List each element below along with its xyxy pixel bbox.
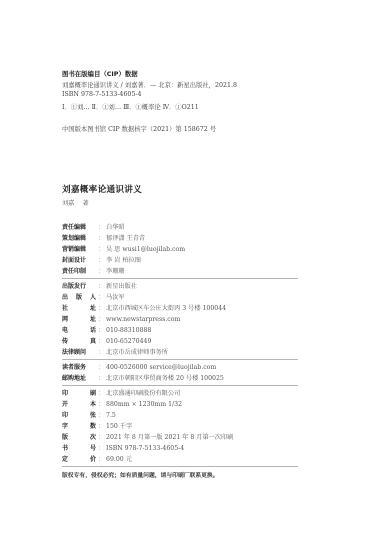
- row-label: 封面设计: [62, 256, 98, 266]
- divider: [62, 385, 298, 386]
- row-value: 010-65270449: [106, 337, 151, 347]
- publisher-row: 社址：北京市西城区车公庄大街丙 3 号楼 100044: [62, 304, 226, 314]
- row-label: 传真: [62, 337, 96, 347]
- cip-line-isbn: ISBN 978-7-5133-4605-4: [62, 91, 142, 98]
- cip-line-bibliographic: 刘嘉概率论通识讲义 / 刘嘉著．— 北京：新星出版社，2021.8: [62, 80, 237, 89]
- row-label: 开本: [62, 400, 96, 410]
- row-label: 出版人: [62, 293, 96, 303]
- copyright-page: 图书在版编目（CIP）数据 刘嘉概率论通识讲义 / 刘嘉著．— 北京：新星出版社…: [0, 0, 375, 536]
- publisher-row: 传真：010-65270449: [62, 337, 151, 347]
- printing-row: 印张：7.5: [62, 411, 116, 421]
- row-value: 北京市西城区车公庄大街丙 3 号楼 100044: [106, 304, 226, 314]
- row-value: 郁泽潇 王青青: [106, 234, 145, 244]
- reader-service-row: 邮购地址：北京市朝阳区华贸商务楼 20 号楼 100025: [62, 374, 224, 384]
- publisher-row: 出版发行：新星出版社: [62, 282, 137, 292]
- editorial-row: 封面设计：李 岩 柏拉图: [62, 256, 141, 266]
- printing-row: 开本：880mm × 1230mm 1/32: [62, 400, 182, 410]
- row-value: 69.00 元: [106, 455, 132, 465]
- row-value: 北京盛通印刷股份有限公司: [106, 389, 180, 399]
- copyright-notice: 版权专有，侵权必究；如有质量问题，请与印刷厂联系更换。: [62, 470, 219, 479]
- divider: [62, 278, 298, 279]
- cip-title: 图书在版编目（CIP）数据: [62, 69, 138, 78]
- divider: [62, 359, 298, 360]
- editorial-row: 责任编辑：白华昭: [62, 223, 125, 233]
- row-label: 定价: [62, 455, 96, 465]
- row-label: 责任编辑: [62, 223, 98, 233]
- row-label: 版次: [62, 433, 96, 443]
- editorial-row: 营销编辑：吴 思 wusi1@luojilab.com: [62, 245, 185, 255]
- row-value: 北京市岳成律师事务所: [106, 348, 168, 358]
- row-label: 印张: [62, 411, 96, 421]
- editorial-row: 责任印制：李珊珊: [62, 267, 125, 277]
- divider: [62, 466, 298, 467]
- row-value: 880mm × 1230mm 1/32: [106, 400, 182, 410]
- row-label: 读者服务: [62, 363, 98, 373]
- row-label: 出版发行: [62, 282, 98, 292]
- row-value: 北京市朝阳区华贸商务楼 20 号楼 100025: [106, 374, 224, 384]
- row-label: 电话: [62, 326, 96, 336]
- row-label: 法律顾问: [62, 348, 98, 358]
- row-value: 白华昭: [106, 223, 125, 233]
- row-value: 马汝军: [106, 293, 125, 303]
- printing-row: 版次：2021 年 8 月第一版 2021 年 8 月第一次印刷: [62, 433, 233, 443]
- row-value: www.newstarpress.com: [106, 315, 180, 325]
- row-value: 7.5: [106, 411, 116, 421]
- row-label: 责任印制: [62, 267, 98, 277]
- row-value: ISBN 978-7-5133-4605-4: [106, 444, 184, 454]
- row-value: 150 千字: [106, 422, 132, 432]
- row-value: 吴 思 wusi1@luojilab.com: [106, 245, 185, 255]
- row-label: 书号: [62, 444, 96, 454]
- row-value: 新星出版社: [106, 282, 137, 292]
- cip-catalog-number: 中国版本图书馆 CIP 数据核字（2021）第 158672 号: [62, 124, 216, 133]
- row-label: 网址: [62, 315, 96, 325]
- publisher-row: 出版人：马汝军: [62, 293, 125, 303]
- publisher-row: 网址：www.newstarpress.com: [62, 315, 180, 325]
- printing-row: 定价：69.00 元: [62, 455, 132, 465]
- row-label: 策划编辑: [62, 234, 98, 244]
- row-label: 营销编辑: [62, 245, 98, 255]
- cip-line-classification: Ⅰ．①刘… Ⅱ．①刘… Ⅲ．①概率论 Ⅳ．①O211: [62, 102, 199, 111]
- row-value: 400-0526000 service@luojilab.com: [106, 363, 216, 373]
- row-value: 2021 年 8 月第一版 2021 年 8 月第一次印刷: [106, 433, 233, 443]
- row-label: 社址: [62, 304, 96, 314]
- publisher-row: 法律顾问：北京市岳成律师事务所: [62, 348, 168, 358]
- row-value: 李珊珊: [106, 267, 125, 277]
- book-author: 刘嘉 著: [62, 198, 89, 207]
- printing-row: 印刷：北京盛通印刷股份有限公司: [62, 389, 180, 399]
- reader-service-row: 读者服务：400-0526000 service@luojilab.com: [62, 363, 216, 373]
- publisher-row: 电话：010-88310888: [62, 326, 151, 336]
- row-value: 010-88310888: [106, 326, 151, 336]
- book-title: 刘嘉概率论通识讲义: [62, 183, 142, 195]
- row-label: 印刷: [62, 389, 96, 399]
- editorial-row: 策划编辑：郁泽潇 王青青: [62, 234, 145, 244]
- row-value: 李 岩 柏拉图: [106, 256, 141, 266]
- row-label: 字数: [62, 422, 96, 432]
- row-label: 邮购地址: [62, 374, 98, 384]
- printing-row: 书号：ISBN 978-7-5133-4605-4: [62, 444, 184, 454]
- printing-row: 字数：150 千字: [62, 422, 132, 432]
